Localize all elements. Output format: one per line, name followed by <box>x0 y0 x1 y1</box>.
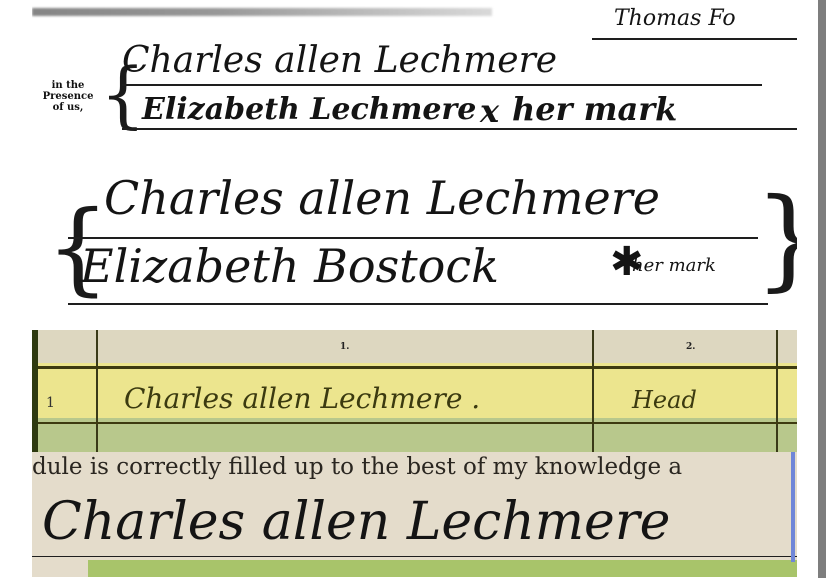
census-relation: Head <box>632 386 697 414</box>
row-rule <box>38 422 797 424</box>
marriage-register-crop-2: { Charles allen Lechmere Elizabeth Bosto… <box>32 143 797 330</box>
witness-signature: Thomas Fo <box>614 6 736 31</box>
column-number-1: 1. <box>340 342 349 352</box>
column-number-2: 2. <box>686 342 695 352</box>
signature-groom: Charles allen Lechmere <box>104 171 660 225</box>
census-name: Charles allen Lechmere . <box>124 382 480 415</box>
green-strip <box>88 560 797 577</box>
mark-symbol: x <box>480 92 499 130</box>
faded-printed-text <box>32 8 492 16</box>
witness-rule <box>592 38 797 40</box>
presence-label: in the Presence of us, <box>38 80 98 113</box>
vertical-scrollbar[interactable] <box>818 0 826 578</box>
brace-icon: { <box>754 183 797 293</box>
signature-householder: Charles allen Lechmere <box>42 492 670 552</box>
blue-edge <box>791 452 795 562</box>
table-left-border <box>32 330 38 452</box>
signature-rule <box>122 128 797 130</box>
signature-rule <box>122 84 762 86</box>
her-mark-text: her mark <box>632 255 716 276</box>
presence-label-line: of us, <box>38 102 98 113</box>
census-header-row <box>32 330 797 363</box>
presence-label-line: in the <box>38 80 98 91</box>
signature-rule <box>68 303 768 305</box>
header-rule <box>38 366 797 369</box>
printed-declaration: dule is correctly filled up to the best … <box>32 454 682 480</box>
row-number: 1 <box>46 395 55 411</box>
signature-rule <box>32 556 797 557</box>
column-divider <box>96 330 98 452</box>
signature-bride: Elizabeth Lechmere <box>142 92 476 127</box>
mark-symbol: ✱ <box>610 239 644 285</box>
census-table-crop: 1. 2. 1 Charles allen Lechmere . Head <box>32 330 797 452</box>
schedule-signature-crop: dule is correctly filled up to the best … <box>32 452 797 577</box>
marriage-register-crop-1: in the Presence of us, { Charles allen L… <box>32 0 797 143</box>
signature-groom: Charles allen Lechmere <box>122 40 557 81</box>
presence-label-line: Presence <box>38 91 98 102</box>
her-mark-text: her mark <box>512 90 677 128</box>
signature-bride: Elizabeth Bostock <box>80 239 499 293</box>
column-divider <box>776 330 778 452</box>
column-divider <box>592 330 594 452</box>
